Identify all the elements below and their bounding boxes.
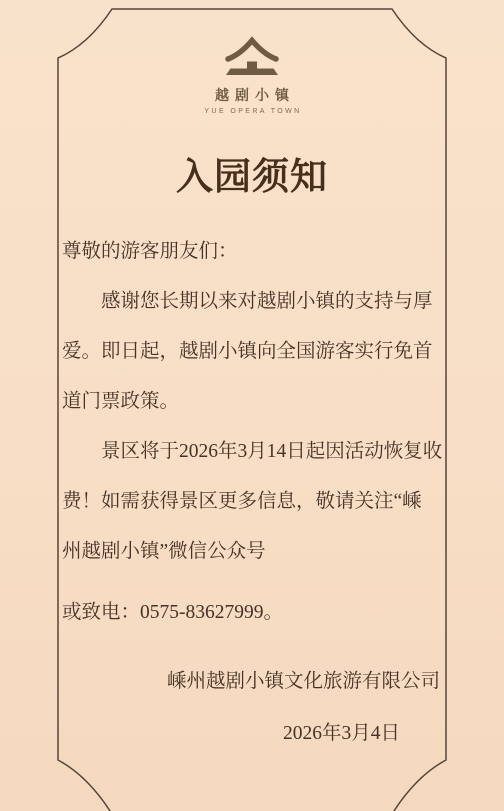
- logo-name-en: YUE OPERA TOWN: [0, 108, 504, 115]
- notice-line: 感谢您长期以来对越剧小镇的支持与厚: [62, 277, 446, 327]
- notice-phone-line: 或致电：0575-83627999。: [62, 588, 446, 638]
- signature-block: 嵊州越剧小镇文化旅游有限公司 2026年3月4日: [62, 657, 446, 759]
- signature-date: 2026年3月4日: [62, 709, 446, 759]
- logo-name-cn: 越剧小镇: [0, 85, 504, 105]
- notice-line: 道门票政策。: [62, 377, 446, 427]
- signature-company: 嵊州越剧小镇文化旅游有限公司: [62, 657, 446, 707]
- notice-line: 州越剧小镇”微信公众号: [62, 527, 446, 577]
- notice-line: 爱。即日起，越剧小镇向全国游客实行免首: [62, 327, 446, 377]
- pavilion-roof-icon: [224, 35, 280, 77]
- page-title: 入园须知: [0, 146, 504, 200]
- notice-body: 尊敬的游客朋友们： 感谢您长期以来对越剧小镇的支持与厚 爱。即日起，越剧小镇向全…: [62, 227, 446, 638]
- notice-salutation: 尊敬的游客朋友们：: [62, 227, 446, 277]
- logo: 越剧小镇 YUE OPERA TOWN: [0, 0, 504, 115]
- notice-line: 费！如需获得景区更多信息，敬请关注“嵊: [62, 477, 446, 527]
- notice-poster: 越剧小镇 YUE OPERA TOWN 入园须知 尊敬的游客朋友们： 感谢您长期…: [0, 0, 504, 811]
- notice-line: 景区将于2026年3月14日起因活动恢复收: [62, 427, 446, 477]
